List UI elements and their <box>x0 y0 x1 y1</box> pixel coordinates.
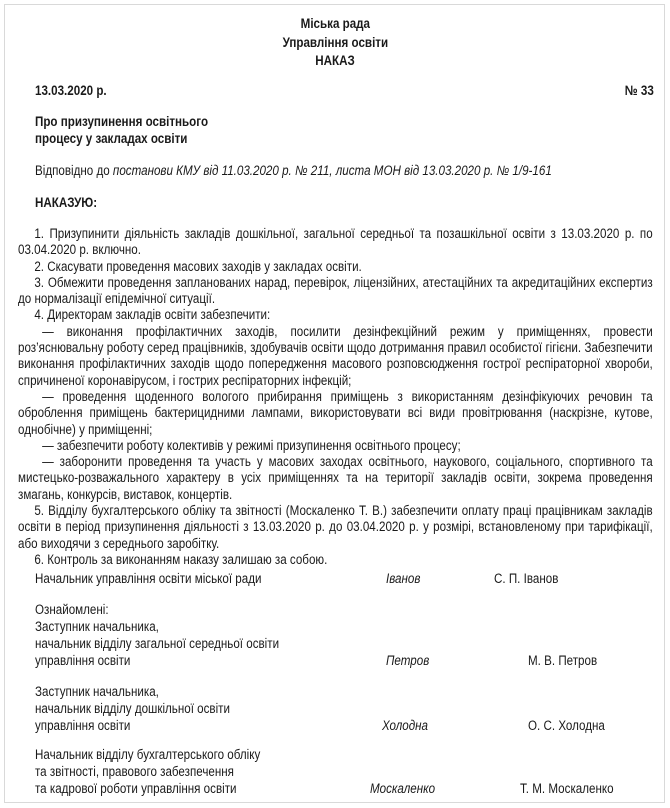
signature-3-position-line-1: Начальник відділу бухгалтерського обліку <box>35 747 260 764</box>
signature-2-sign: Холодна <box>382 718 428 735</box>
signature-3-sign: Москаленко <box>370 781 435 798</box>
signature-2-position-line-2: начальник відділу дошкільної освіти <box>35 701 230 718</box>
legal-basis-prefix: Відповідно до <box>35 163 113 178</box>
order-items: 1. Призупинити діяльність закладів дошкі… <box>18 226 653 568</box>
acquainted-label: Ознайомлені: <box>35 602 109 619</box>
order-item-4: 4. Директорам закладів освіти забезпечит… <box>18 307 653 323</box>
order-subitem-4b: — проведення щоденного вологого прибиран… <box>18 389 653 438</box>
legal-basis-reference: постанови КМУ від 11.03.2020 р. № 211, л… <box>113 163 552 178</box>
order-item-2: 2. Скасувати проведення масових заходів … <box>18 259 653 275</box>
order-subitem-4c: — забезпечити роботу колективів у режимі… <box>18 438 653 454</box>
order-word: НАКАЗУЮ: <box>35 194 97 211</box>
signature-2-name: О. С. Холодна <box>528 718 605 735</box>
subject-line-1: Про призупинення освітнього <box>35 113 208 130</box>
signature-1-name: М. В. Петров <box>528 653 597 670</box>
signature-2-position-line-1: Заступник начальника, <box>35 684 159 701</box>
order-subitem-4d: — заборонити проведення та участь у масо… <box>18 454 653 503</box>
order-number: № 33 <box>625 82 654 99</box>
signature-3-name: Т. М. Москаленко <box>520 781 614 798</box>
head-name: С. П. Іванов <box>494 571 558 588</box>
order-subitem-4a: — виконання профілактичних заходів, поси… <box>18 324 653 389</box>
document-type: НАКАЗ <box>0 52 670 69</box>
signature-2-position-line-3: управління освіти <box>35 718 130 735</box>
order-item-3: 3. Обмежити проведення запланованих нара… <box>18 275 653 308</box>
signature-1-position-line-3: управління освіти <box>35 653 130 670</box>
signature-1-position-line-2: начальник відділу загальної середньої ос… <box>35 636 279 653</box>
signature-3-position-line-3: та кадрової роботи управління освіти <box>35 781 237 798</box>
organization-title: Міська рада <box>0 15 670 32</box>
subject-line-2: процесу у закладах освіти <box>35 130 187 147</box>
legal-basis: Відповідно до постанови КМУ від 11.03.20… <box>35 162 552 179</box>
order-date: 13.03.2020 р. <box>35 82 107 99</box>
head-signature: Іванов <box>386 571 420 588</box>
signature-1-sign: Петров <box>386 653 429 670</box>
head-position: Начальник управління освіти міської ради <box>35 571 261 588</box>
signature-3-position-line-2: та звітності, правового забезпечення <box>35 764 234 781</box>
order-item-1: 1. Призупинити діяльність закладів дошкі… <box>18 226 653 259</box>
order-item-6: 6. Контроль за виконанням наказу залишаю… <box>18 552 653 568</box>
signature-1-position-line-1: Заступник начальника, <box>35 619 159 636</box>
order-item-5: 5. Відділу бухгалтерського обліку та зві… <box>18 503 653 552</box>
department-title: Управління освіти <box>0 34 670 51</box>
